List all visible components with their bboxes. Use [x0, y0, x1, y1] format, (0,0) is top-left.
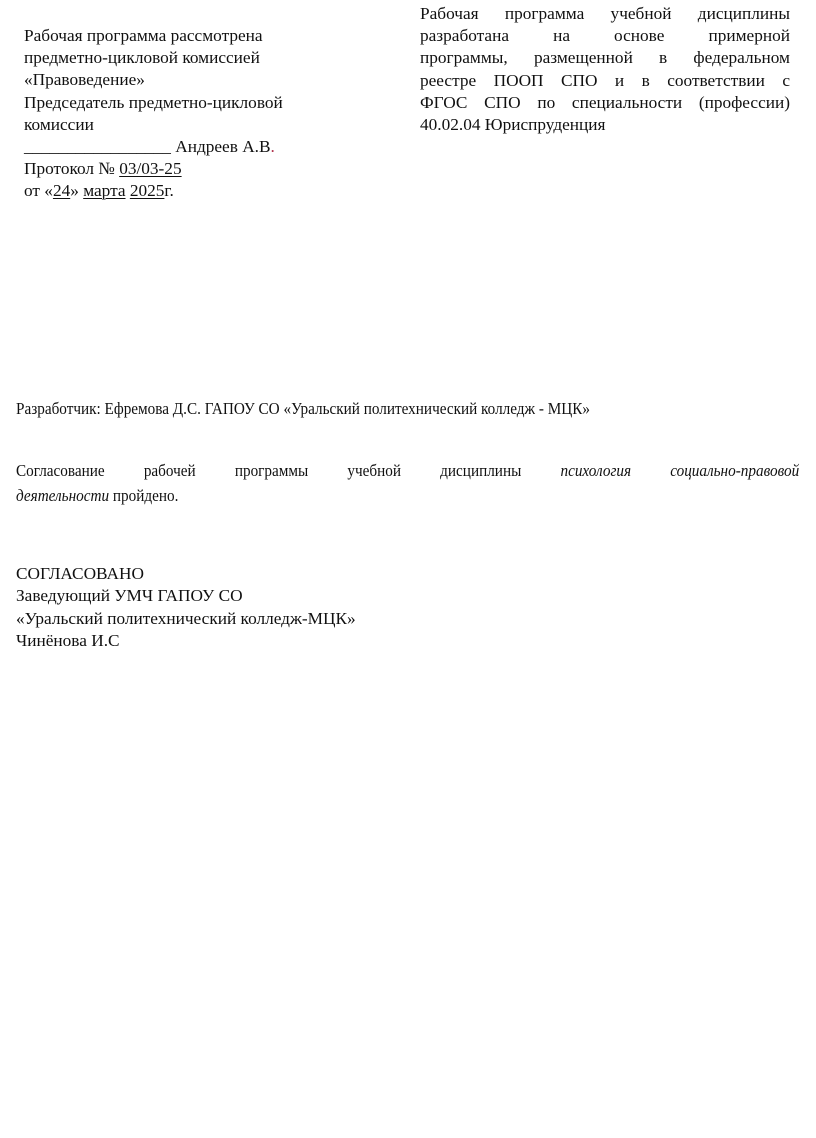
approver-organization: «Уральский политехнический колледж-МЦК»: [16, 608, 436, 630]
date-day: 24: [53, 181, 70, 200]
agreement-prefix: Согласование рабочей программы учебной д…: [16, 461, 560, 480]
date-suffix: г.: [164, 181, 173, 200]
developer-line: Разработчик: Ефремова Д.С. ГАПОУ СО «Ура…: [16, 398, 711, 420]
date-month: марта: [83, 181, 125, 200]
agreement-suffix: пройдено.: [109, 486, 178, 505]
chair-name-dot: .: [271, 137, 275, 156]
discipline-name-part1: психология социально-правовой: [560, 461, 799, 480]
approved-title: СОГЛАСОВАНО: [16, 563, 436, 585]
approver-name: Чинёнова И.С: [16, 630, 436, 652]
approval-text-line: комиссии: [24, 114, 354, 136]
date-year: 2025: [130, 181, 165, 200]
discipline-name-part2: деятельности: [16, 486, 109, 505]
approval-text-line: Председатель предметно-цикловой: [24, 92, 354, 114]
basis-text-line: реестре ПООП СПО и в соответствии с: [420, 70, 790, 92]
protocol-line: Протокол № 03/03-25: [24, 158, 354, 180]
approval-text-line: Рабочая программа рассмотрена: [24, 25, 354, 47]
approval-text-line: предметно-цикловой комиссией: [24, 47, 354, 69]
signature-line: _________________ Андреев А.В.: [24, 136, 354, 158]
signature-blank: _________________: [24, 137, 171, 156]
ptc-approval-block: Рабочая программа рассмотрена предметно-…: [24, 25, 354, 203]
protocol-number: 03/03-25: [119, 159, 181, 178]
protocol-date: от «24» марта 2025г.: [24, 180, 354, 202]
basis-text-line: Рабочая программа учебной дисциплины: [420, 3, 790, 25]
agreement-line-1: Согласование рабочей программы учебной д…: [16, 458, 799, 483]
agreement-paragraph: Согласование рабочей программы учебной д…: [16, 458, 799, 508]
commission-name: «Правоведение»: [24, 69, 354, 91]
approved-block: СОГЛАСОВАНО Заведующий УМЧ ГАПОУ СО «Ура…: [16, 563, 436, 652]
specialty-code: 40.02.04 Юриспруденция: [420, 114, 790, 136]
date-mid: »: [70, 181, 83, 200]
agreement-line-2: деятельности пройдено.: [16, 483, 799, 508]
approver-position: Заведующий УМЧ ГАПОУ СО: [16, 585, 436, 607]
basis-text-line: ФГОС СПО по специальности (профессии): [420, 92, 790, 114]
date-prefix: от «: [24, 181, 53, 200]
basis-text-line: разработана на основе примерной: [420, 25, 790, 47]
protocol-label: Протокол №: [24, 159, 119, 178]
chair-name: Андреев А.В: [171, 137, 271, 156]
basis-text-line: программы, размещенной в федеральном: [420, 47, 790, 69]
program-basis-block: Рабочая программа учебной дисциплины раз…: [420, 3, 790, 136]
